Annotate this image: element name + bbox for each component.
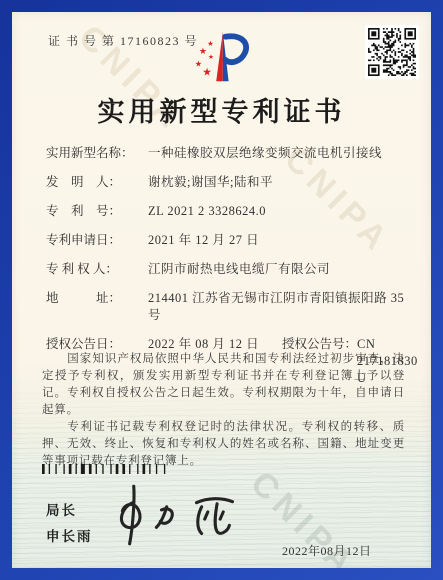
field-patent-number: 专 利 号： ZL 2021 2 3328624.0 (46, 203, 405, 220)
field-patentee: 专 利 权 人： 江阴市耐热电线电缆厂有限公司 (46, 261, 405, 278)
legal-paragraph-1: 国家知识产权局依照中华人民共和国专利法经过初步审查，决定授予专利权，颁发实用新型… (42, 351, 405, 419)
field-value: 2021 年 12 月 27 日 (148, 232, 405, 249)
field-filing-date: 专利申请日： 2021 年 12 月 27 日 (46, 232, 405, 249)
field-inventor: 发 明 人： 谢枕毅;谢国华;陆和平 (46, 174, 405, 191)
field-value: 江阴市耐热电线电缆厂有限公司 (148, 261, 405, 278)
svg-text:★: ★ (198, 47, 206, 57)
svg-text:★: ★ (194, 58, 201, 68)
field-label: 地 址： (46, 290, 148, 324)
field-label: 实用新型名称： (46, 145, 148, 162)
legal-text: 国家知识产权局依照中华人民共和国专利法经过初步审查，决定授予专利权，颁发实用新型… (42, 351, 405, 470)
field-value: 一种硅橡胶双层绝缘变频交流电机引接线 (148, 145, 405, 162)
signer-title: 局长 (46, 498, 93, 524)
field-invention-name: 实用新型名称： 一种硅橡胶双层绝缘变频交流电机引接线 (46, 145, 405, 162)
cnipa-logo-icon: ★ ★ ★ ★ ★ (189, 24, 255, 94)
svg-text:★: ★ (207, 53, 213, 61)
signer-name: 申长雨 (46, 524, 93, 550)
certificate-number: 证 书 号 第 17160823 号 (48, 32, 198, 49)
field-label: 专 利 号： (46, 203, 148, 220)
certificate-page: CNIPA CNIPA CNIPA 证 书 号 第 17160823 号 (0, 0, 443, 580)
field-label: 发 明 人： (46, 174, 148, 191)
field-value: 谢枕毅;谢国华;陆和平 (148, 174, 405, 191)
certificate-title: 实用新型专利证书 (12, 90, 431, 129)
certificate-paper: CNIPA CNIPA CNIPA 证 书 号 第 17160823 号 (12, 12, 431, 568)
field-address: 地 址： 214401 江苏省无锡市江阴市青阳镇振阳路 35 号 (46, 290, 405, 324)
handwritten-signature-icon (100, 478, 258, 550)
field-label: 专利申请日： (46, 232, 148, 249)
field-label: 专 利 权 人： (46, 261, 148, 278)
svg-text:★: ★ (202, 66, 212, 79)
svg-text:★: ★ (207, 39, 214, 48)
barcode-icon (42, 464, 176, 474)
field-value: 214401 江苏省无锡市江阴市青阳镇振阳路 35 号 (148, 290, 405, 324)
signer-block: 局长 申长雨 (46, 498, 93, 550)
issue-date: 2022年08月12日 (282, 542, 372, 559)
qr-code-icon (365, 25, 419, 79)
legal-paragraph-2: 专利证书记载专利权登记时的法律状况。专利权的转移、质押、无效、终止、恢复和专利权… (42, 419, 405, 470)
field-value: ZL 2021 2 3328624.0 (148, 203, 405, 220)
